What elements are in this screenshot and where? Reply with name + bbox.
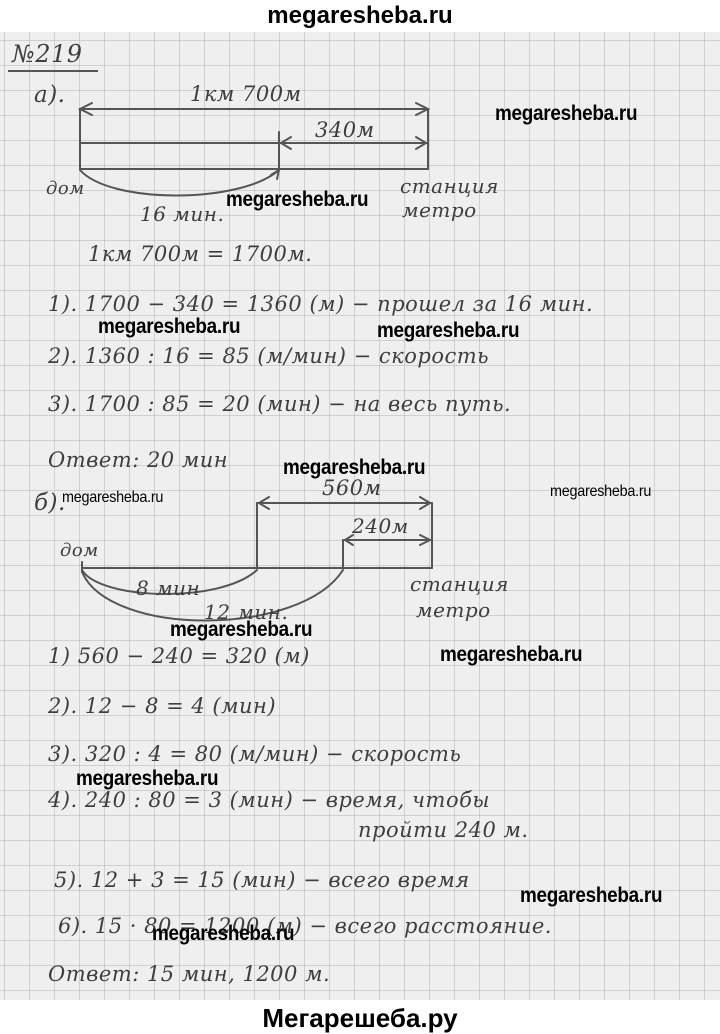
diagram-a-remaining-label: 340м — [315, 118, 375, 142]
part-b-step-3: 3). 320 : 4 = 80 (м/мин) − скорость — [48, 742, 461, 766]
diagram-part-a — [80, 103, 428, 196]
part-a-step-3: 3). 1700 : 85 = 20 (мин) − на весь путь. — [48, 392, 511, 416]
diagram-b-remaining-label: 240м — [352, 514, 409, 538]
diagram-b-end-label-1: станция — [410, 572, 509, 596]
watermark: megaresheba.ru — [152, 922, 294, 946]
watermark: megaresheba.ru — [76, 767, 218, 791]
part-b-step-1: 1) 560 − 240 = 320 (м) — [48, 644, 310, 668]
diagram-a-time-label: 16 мин. — [140, 202, 224, 226]
part-a-label: а). — [34, 82, 66, 108]
watermark: megaresheba.ru — [440, 643, 582, 667]
part-b-answer: Ответ: 15 мин, 1200 м. — [48, 962, 330, 986]
watermark: megaresheba.ru — [550, 483, 651, 501]
watermark: megaresheba.ru — [377, 319, 519, 343]
watermark: megaresheba.ru — [62, 489, 163, 507]
watermark: megaresheba.ru — [520, 884, 662, 908]
part-a-step-1: 1). 1700 − 340 = 1360 (м) − прошел за 16… — [48, 292, 593, 316]
watermark: megaresheba.ru — [495, 102, 637, 126]
problem-number-underline — [8, 70, 98, 72]
diagram-b-start-label: дом — [60, 540, 99, 561]
part-a-conversion: 1км 700м = 1700м. — [88, 242, 312, 266]
site-footer-banner[interactable]: Мегарешеба.ру — [0, 1000, 720, 1034]
problem-number: №219 — [12, 40, 83, 68]
diagram-b-time-short-label: 8 мин — [136, 576, 200, 600]
diagram-a-end-label-1: станция — [400, 174, 499, 198]
watermark: megaresheba.ru — [226, 188, 368, 212]
diagram-a-end-label-2: метро — [402, 198, 477, 222]
notebook-page: №219 а). 1км 700м 340м дом станция метро… — [0, 32, 720, 1000]
diagram-a-total-label: 1км 700м — [190, 82, 301, 106]
part-b-step-6: 6). 15 · 80 = 1200 (м) − всего расстояни… — [58, 914, 552, 938]
diagram-b-end-label-2: метро — [416, 598, 491, 622]
part-b-step-4-continued: пройти 240 м. — [358, 818, 529, 842]
part-b-step-4: 4). 240 : 80 = 3 (мин) − время, чтобы — [48, 788, 490, 812]
site-header-banner[interactable]: megaresheba.ru — [0, 0, 720, 32]
watermark: megaresheba.ru — [283, 456, 425, 480]
watermark: megaresheba.ru — [170, 618, 312, 642]
diagram-a-start-label: дом — [46, 178, 85, 199]
part-b-step-2: 2). 12 − 8 = 4 (мин) — [48, 694, 276, 718]
part-b-step-5: 5). 12 + 3 = 15 (мин) − всего время — [54, 868, 470, 892]
part-a-step-2: 2). 1360 : 16 = 85 (м/мин) − скорость — [48, 344, 489, 368]
part-a-answer: Ответ: 20 мин — [48, 448, 228, 472]
watermark: megaresheba.ru — [98, 315, 240, 339]
